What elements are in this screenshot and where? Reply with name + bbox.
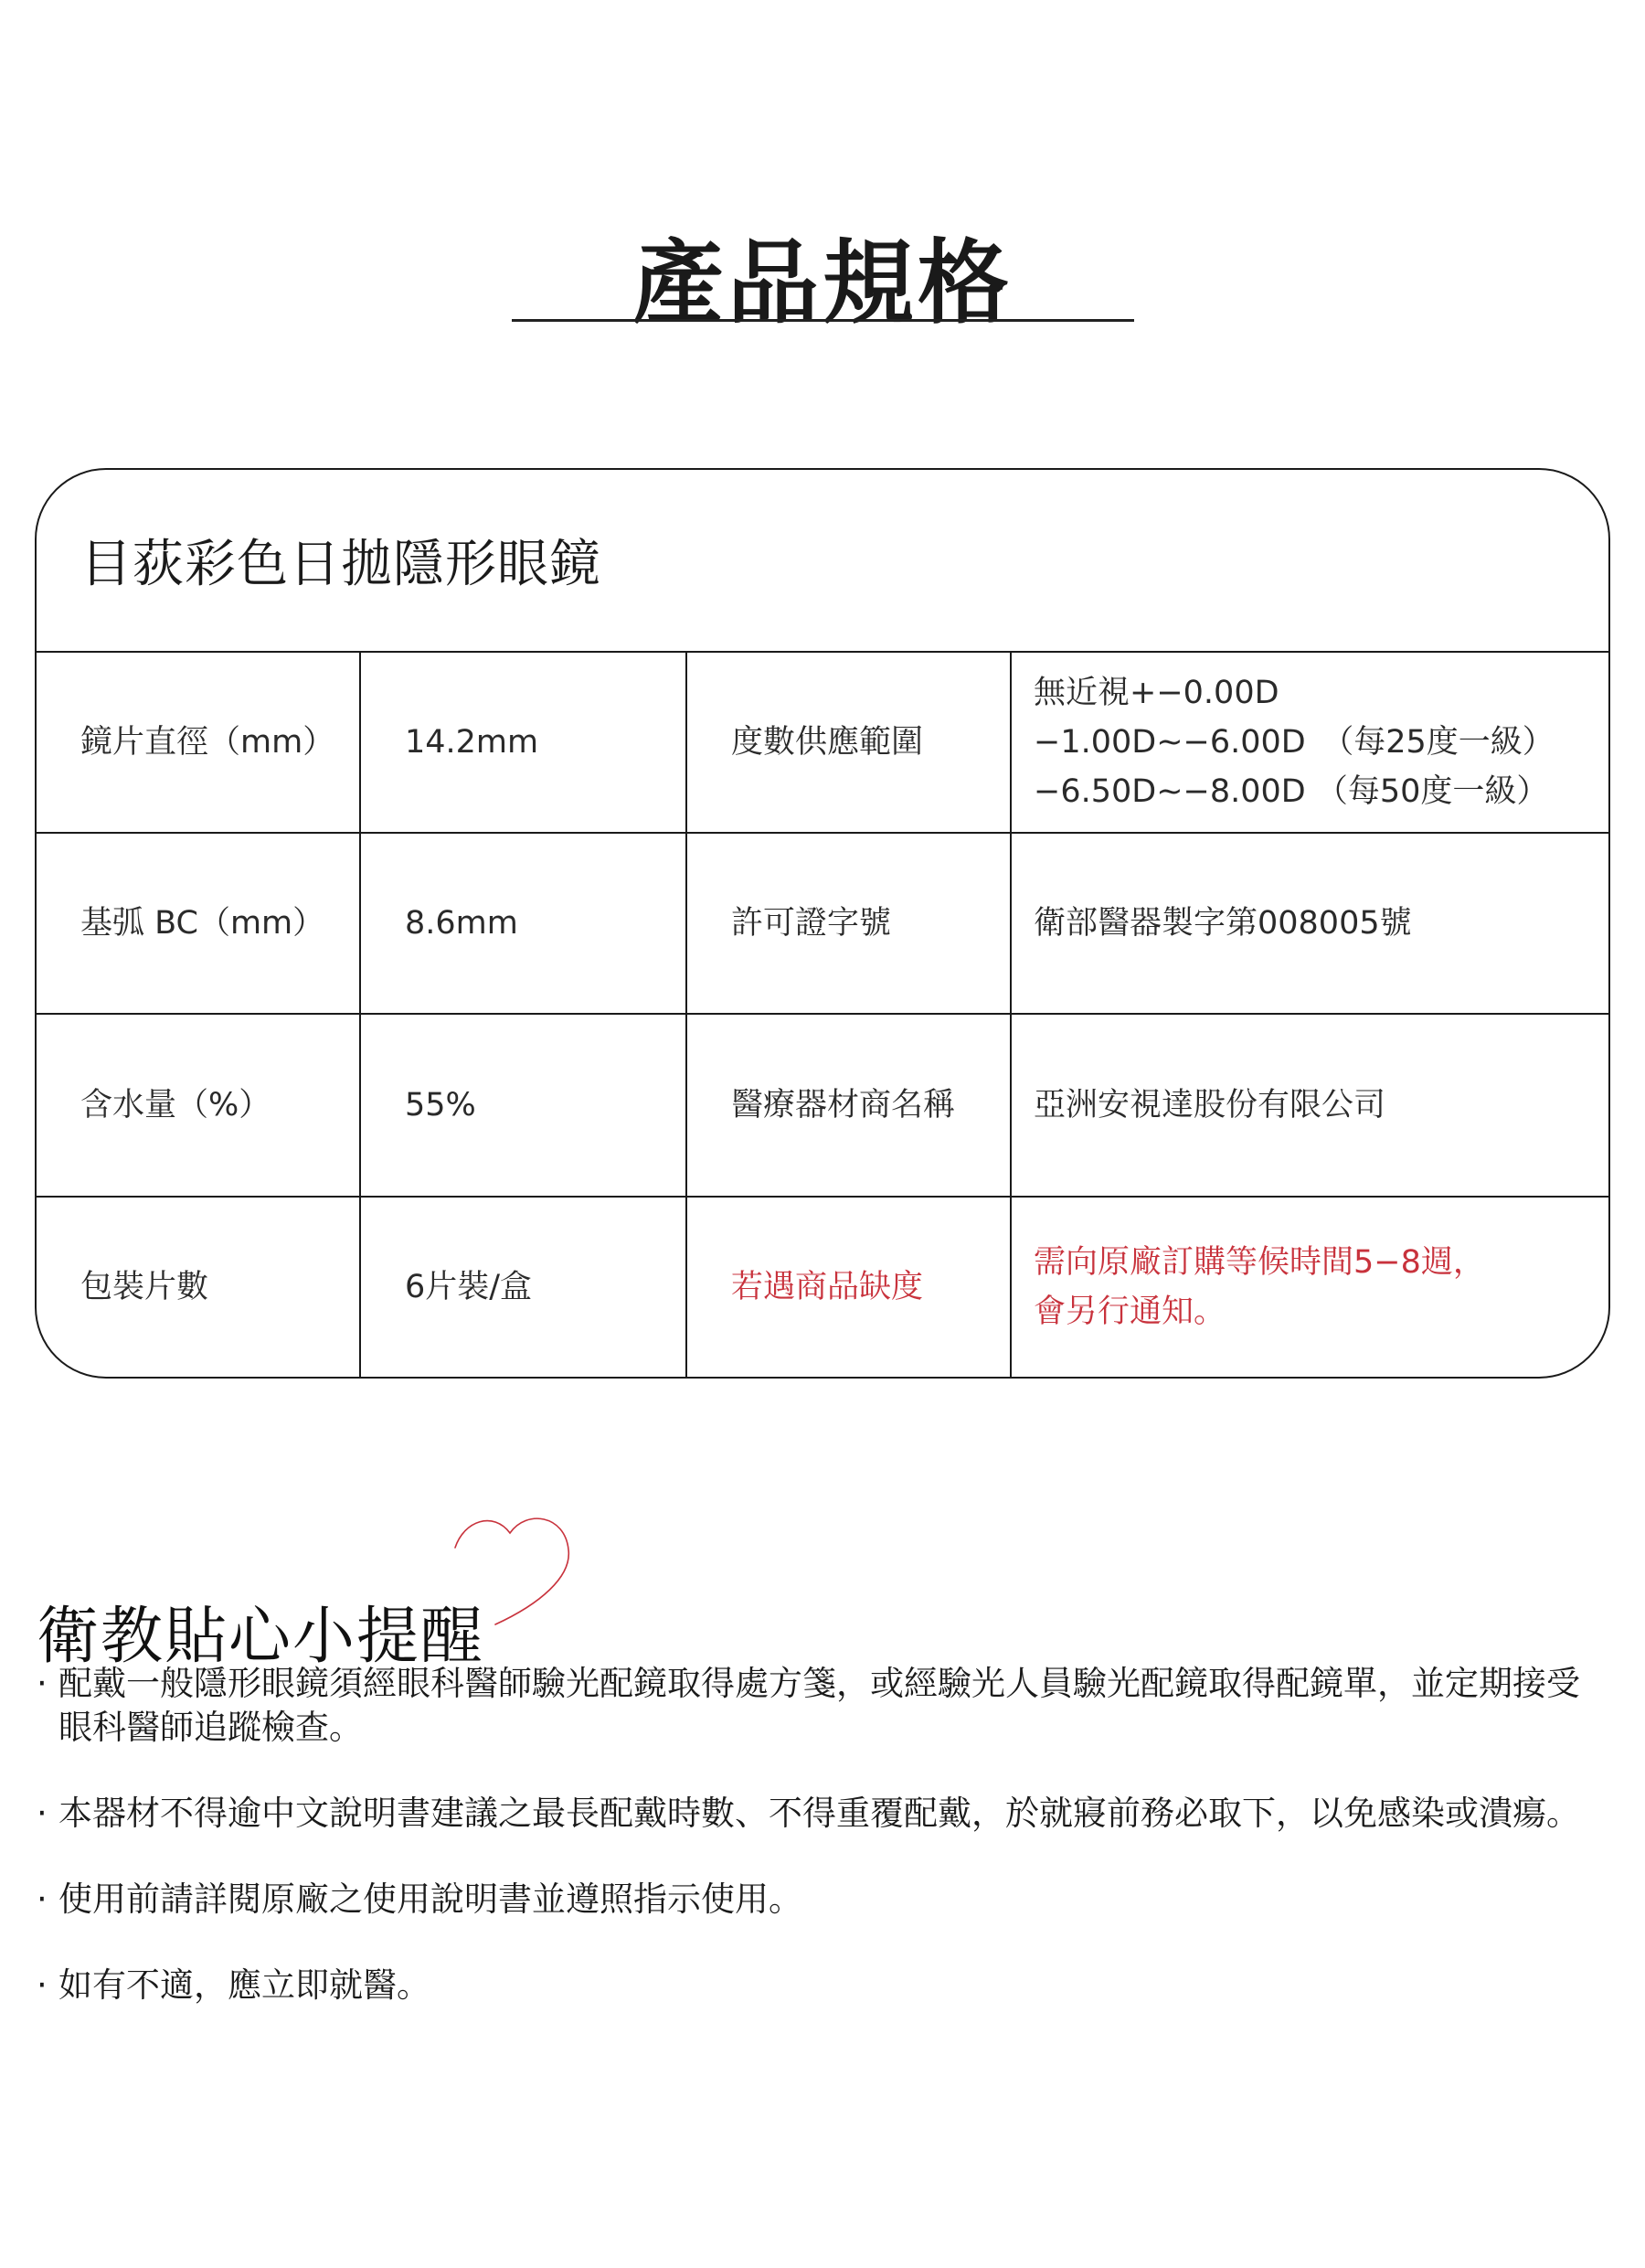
- spec-value-base-curve: 8.6mm: [361, 834, 687, 1015]
- spec-label-pack-count: 包裝片數: [37, 1198, 361, 1377]
- spec-label-power-range: 度數供應範圍: [687, 653, 1012, 834]
- spec-label-vendor-name: 醫療器材商名稱: [687, 1015, 1012, 1198]
- spec-label-diameter: 鏡片直徑（mm）: [37, 653, 361, 834]
- tip-item: · 如有不適，應立即就醫。: [37, 1964, 1608, 2007]
- notice-line: 會另行通知。: [1034, 1287, 1608, 1336]
- title-divider: [512, 319, 1134, 322]
- spec-value-water-content: 55%: [361, 1015, 687, 1198]
- power-range-line: 無近視+−0.00D: [1034, 668, 1608, 718]
- bullet-dot: ·: [37, 1792, 48, 1836]
- spec-value-license-no: 衛部醫器製字第008005號: [1012, 834, 1608, 1015]
- tip-text: 使用前請詳閱原廠之使用說明書並遵照指示使用。: [58, 1879, 802, 1919]
- spec-card: 目荻彩色日拋隱形眼鏡 鏡片直徑（mm） 14.2mm 度數供應範圍 無近視+−0…: [35, 468, 1610, 1379]
- spec-value-diameter: 14.2mm: [361, 653, 687, 834]
- tip-item: · 本器材不得逾中文說明書建議之最長配戴時數、不得重覆配戴，於就寢前務必取下，以…: [37, 1792, 1608, 1836]
- spec-label-base-curve: 基弧 BC（mm）: [37, 834, 361, 1015]
- tip-text: 如有不適，應立即就醫。: [58, 1965, 430, 2005]
- tip-text: 配戴一般隱形眼鏡須經眼科醫師驗光配鏡取得處方箋，或經驗光人員驗光配鏡取得配鏡單，…: [58, 1664, 1580, 1747]
- heart-outline-icon: [448, 1513, 576, 1627]
- tips-list: · 配戴一般隱形眼鏡須經眼科醫師驗光配鏡取得處方箋，或經驗光人員驗光配鏡取得配鏡…: [37, 1662, 1608, 2007]
- power-range-line: −1.00D~−6.00D （每25度一級）: [1034, 718, 1608, 767]
- bullet-dot: ·: [37, 1964, 48, 2007]
- spec-value-out-of-stock-notice: 需向原廠訂購等候時間5−8週， 會另行通知。: [1012, 1198, 1608, 1377]
- power-range-line: −6.50D~−8.00D （每50度一級）: [1034, 767, 1608, 816]
- spec-value-pack-count: 6片裝/盒: [361, 1198, 687, 1377]
- spec-card-header: 目荻彩色日拋隱形眼鏡: [37, 470, 1608, 653]
- bullet-dot: ·: [37, 1662, 48, 1706]
- tip-item: · 使用前請詳閱原廠之使用說明書並遵照指示使用。: [37, 1878, 1608, 1922]
- product-name: 目荻彩色日拋隱形眼鏡: [80, 524, 601, 597]
- tip-item: · 配戴一般隱形眼鏡須經眼科醫師驗光配鏡取得處方箋，或經驗光人員驗光配鏡取得配鏡…: [37, 1662, 1608, 1750]
- tip-text: 本器材不得逾中文說明書建議之最長配戴時數、不得重覆配戴，於就寢前務必取下，以免感…: [58, 1794, 1580, 1833]
- spec-label-license-no: 許可證字號: [687, 834, 1012, 1015]
- spec-label-out-of-stock: 若遇商品缺度: [687, 1198, 1012, 1377]
- page-title: 產品規格: [0, 224, 1645, 343]
- spec-table: 鏡片直徑（mm） 14.2mm 度數供應範圍 無近視+−0.00D −1.00D…: [37, 653, 1608, 1377]
- notice-line: 需向原廠訂購等候時間5−8週，: [1034, 1238, 1608, 1287]
- spec-value-vendor-name: 亞洲安視達股份有限公司: [1012, 1015, 1608, 1198]
- bullet-dot: ·: [37, 1878, 48, 1922]
- spec-label-water-content: 含水量（%）: [37, 1015, 361, 1198]
- spec-value-power-range: 無近視+−0.00D −1.00D~−6.00D （每25度一級） −6.50D…: [1012, 653, 1608, 834]
